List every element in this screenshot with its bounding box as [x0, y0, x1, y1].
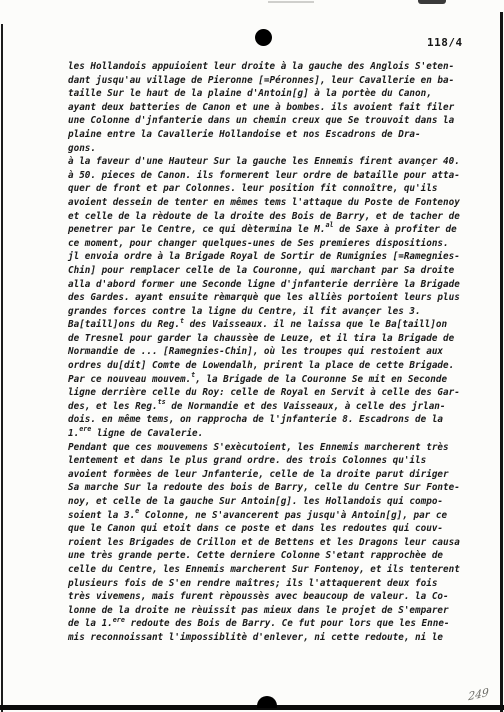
text-line: très vivemens, mais furent rèpoussès ave… [68, 590, 470, 604]
text-line: soient la 3.e Colonne, ne S'avancerent p… [68, 509, 470, 523]
text-line: que le Canon qui etoit dans ce poste et … [68, 522, 470, 536]
text-line: des Gardes. ayant ensuite rèmarquè que l… [68, 291, 470, 305]
text-line: Pendant que ces mouvemens S'exècutoient,… [68, 441, 470, 455]
text-line: lentement et dans le plus grand ordre. d… [68, 454, 470, 468]
text-line: de la 1.ere redoute des Bois de Barry. C… [68, 617, 470, 631]
text-line: Chin] pour remplacer celle de la Couronn… [68, 264, 470, 278]
paragraph: les Hollandois appuioient leur droite à … [68, 60, 470, 155]
scan-border-left [1, 24, 3, 712]
text-line: celle du Centre, les Ennemis marcherent … [68, 563, 470, 577]
text-line: mis reconnoissant l'impossiblitè d'enlev… [68, 631, 470, 645]
text-line: et celle de la rèdoute de la droite des … [68, 210, 470, 224]
text-line: Par ce nouveau mouvem.t, la Brigade de l… [68, 373, 470, 387]
text-line: quer de front et par Colonnes. leur posi… [68, 182, 470, 196]
text-line: penetrer par le Centre, ce qui dètermina… [68, 223, 470, 237]
text-line: de Tresnel pour garder la chaussèe de Le… [68, 332, 470, 346]
paragraph: à la faveur d'une Hauteur Sur la gauche … [68, 155, 470, 440]
registration-dot-bottom [257, 696, 277, 708]
text-line: avoient dessein de tenter en mêmes tems … [68, 196, 470, 210]
folio-number: 118/4 [427, 36, 463, 49]
text-line: 1.ere ligne de Cavalerie. [68, 427, 470, 441]
text-line: ordres du[dit] Comte de Lowendalh, prire… [68, 359, 470, 373]
text-line: ce moment, pour changer quelques-unes de… [68, 237, 470, 251]
text-line: plusieurs fois de S'en rendre maîtres; i… [68, 577, 470, 591]
registration-dot-top [255, 29, 272, 46]
text-line: une très grande perte. Cette derniere Co… [68, 549, 470, 563]
text-line: Normandie de ... [Ramegnies-Chin], où le… [68, 345, 470, 359]
text-line: dois. en même tems, on rapprocha de l'jn… [68, 413, 470, 427]
text-line: avoient formèes de leur Jnfanterie, cell… [68, 468, 470, 482]
scanned-page: { "page": { "folio_number": "118/4", "ha… [0, 0, 504, 712]
text-line: alla d'abord former une Seconde ligne d'… [68, 278, 470, 292]
text-line: grandes forces contre la ligne du Centre… [68, 305, 470, 319]
text-line: ayant deux batteries de Canon et une à b… [68, 101, 470, 115]
text-line: roient les Brigades de Crillon et de Bet… [68, 536, 470, 550]
text-line: plaine entre la Cavallerie Hollandoise e… [68, 128, 470, 142]
text-line: une Colonne d'jnfanterie dans un chemin … [68, 114, 470, 128]
scan-border-bottom [0, 705, 504, 710]
paragraph: Pendant que ces mouvemens S'exècutoient,… [68, 441, 470, 645]
scan-artifact-faint-mark [268, 1, 314, 3]
text-line: Ba[taill]ons du Reg.t des Vaisseaux. il … [68, 318, 470, 332]
text-line: noy, et celle de la gauche Sur Antoin[g]… [68, 495, 470, 509]
text-line: jl envoia ordre à la Brigade Royal de So… [68, 250, 470, 264]
text-line: taille Sur le haut de la plaine d'Antoin… [68, 87, 470, 101]
text-line: des, et les Reg.ts de Normandie et des V… [68, 400, 470, 414]
scan-artifact-smudge [418, 0, 446, 4]
text-line: à 50. pieces de Canon. ils formerent leu… [68, 169, 470, 183]
text-line: les Hollandois appuioient leur droite à … [68, 60, 470, 74]
handwritten-page-note: 249 [468, 686, 489, 704]
text-block: les Hollandois appuioient leur droite à … [68, 60, 470, 645]
text-line: lonne de la droite ne rèuissit pas mieux… [68, 604, 470, 618]
text-line: ligne derrière celle du Roy: celle de Ro… [68, 386, 470, 400]
text-line: à la faveur d'une Hauteur Sur la gauche … [68, 155, 470, 169]
text-line: dant jusqu'au village de Pieronne [=Péro… [68, 74, 470, 88]
scan-border-right [500, 12, 503, 712]
text-line: Sa marche Sur la redoute des bois de Bar… [68, 481, 470, 495]
text-line: gons. [68, 142, 470, 156]
